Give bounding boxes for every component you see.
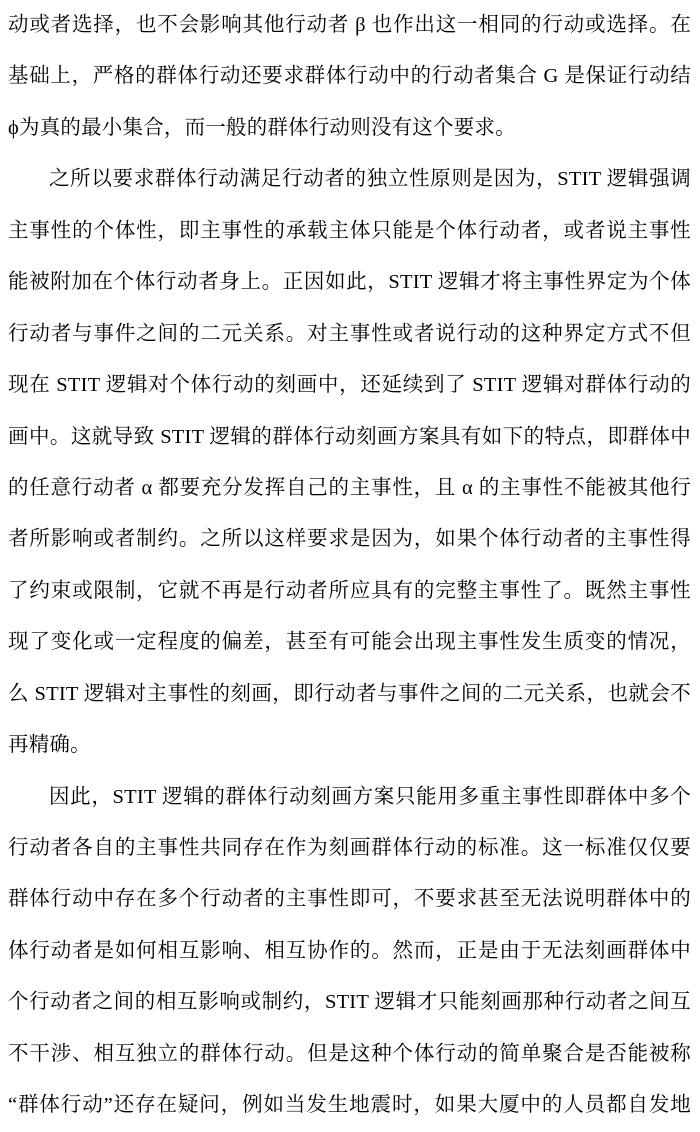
text-line: 画中。这就导致 STIT 逻辑的群体行动刻画方案具有如下的特点，即群体中 bbox=[8, 412, 691, 463]
paragraph-continuation-strict-group-action: 动或者选择，也不会影响其他行动者 β 也作出这一相同的行动或选择。在此基础上，严… bbox=[8, 0, 691, 154]
text-line: 主事性的个体性，即主事性的承载主体只能是个体行动者，或者说主事性只 bbox=[8, 206, 691, 257]
text-line: 者所影响或者制约。之所以这样要求是因为，如果个体行动者的主事性得到 bbox=[8, 514, 691, 565]
text-line: 个行动者之间的相互影响或制约，STIT 逻辑才只能刻画那种行动者之间互 bbox=[8, 977, 691, 1028]
text-line: 能被附加在个体行动者身上。正因如此，STIT 逻辑才将主事性界定为个体 bbox=[8, 257, 691, 308]
text-line: 因此，STIT 逻辑的群体行动刻画方案只能用多重主事性即群体中多个 bbox=[8, 772, 691, 823]
text-line: “群体行动”还存在疑问，例如当发生地震时，如果大厦中的人员都自发地 bbox=[8, 1080, 691, 1131]
document-text-body: 动或者选择，也不会影响其他行动者 β 也作出这一相同的行动或选择。在此基础上，严… bbox=[8, 0, 691, 1132]
text-line: 的任意行动者 α 都要充分发挥自己的主事性，且 α 的主事性不能被其他行动 bbox=[8, 463, 691, 514]
text-line: 现了变化或一定程度的偏差，甚至有可能会出现主事性发生质变的情况，那 bbox=[8, 617, 691, 668]
document-page: 动或者选择，也不会影响其他行动者 β 也作出这一相同的行动或选择。在此基础上，严… bbox=[0, 0, 700, 1132]
text-line: ϕ为真的最小集合，而一般的群体行动则没有这个要求。 bbox=[8, 103, 691, 154]
paragraph-independence-principle: 之所以要求群体行动满足行动者的独立性原则是因为，STIT 逻辑强调主事性的个体性… bbox=[8, 154, 691, 771]
text-line: 基础上，严格的群体行动还要求群体行动中的行动者集合 G 是保证行动结果 bbox=[8, 51, 691, 102]
text-line: 了约束或限制，它就不再是行动者所应具有的完整主事性了。既然主事性出 bbox=[8, 566, 691, 617]
paragraph-multiple-agency-standard: 因此，STIT 逻辑的群体行动刻画方案只能用多重主事性即群体中多个行动者各自的主… bbox=[8, 772, 691, 1132]
text-line: 之所以要求群体行动满足行动者的独立性原则是因为，STIT 逻辑强调 bbox=[8, 154, 691, 205]
text-line: 动或者选择，也不会影响其他行动者 β 也作出这一相同的行动或选择。在此 bbox=[8, 0, 691, 51]
text-line: 么 STIT 逻辑对主事性的刻画，即行动者与事件之间的二元关系，也就会不 bbox=[8, 669, 691, 720]
text-line: 再精确。 bbox=[8, 720, 691, 771]
text-line: 体行动者是如何相互影响、相互协作的。然而，正是由于无法刻画群体中多 bbox=[8, 926, 691, 977]
text-line: 行动者与事件之间的二元关系。对主事性或者说行动的这种界定方式不但体 bbox=[8, 309, 691, 360]
text-line: 现在 STIT 逻辑对个体行动的刻画中，还延续到了 STIT 逻辑对群体行动的刻 bbox=[8, 360, 691, 411]
text-line: 群体行动中存在多个行动者的主事性即可，不要求甚至无法说明群体中的个 bbox=[8, 874, 691, 925]
text-line: 不干涉、相互独立的群体行动。但是这种个体行动的简单聚合是否能被称为 bbox=[8, 1029, 691, 1080]
text-line: 行动者各自的主事性共同存在作为刻画群体行动的标准。这一标准仅仅要求 bbox=[8, 823, 691, 874]
